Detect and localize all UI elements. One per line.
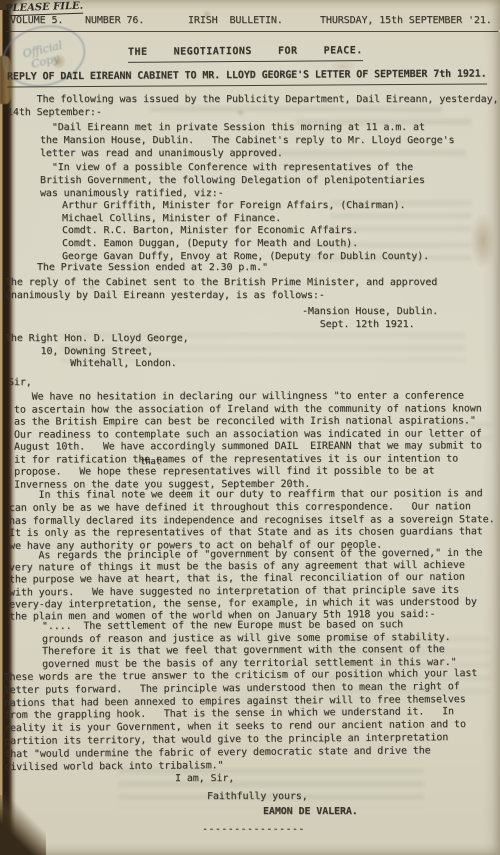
end-rule: ---------------- xyxy=(202,824,305,837)
subheadline: REPLY OF DAIL EIREANN CABINET TO MR. LLO… xyxy=(7,69,487,88)
salutation: Sir, xyxy=(8,377,32,390)
session-end-line: The Private Session ended at 2.30 p.m." xyxy=(37,262,268,275)
masthead-volume: VOLUME 5. xyxy=(10,15,63,28)
reply-note: The reply of the Cabinet sent to the Bri… xyxy=(5,276,437,302)
letter-paragraph-1: We have no hesitation in declaring our w… xyxy=(14,390,482,491)
recipient-address: The Right Hon. D. Lloyd George, 10, Down… xyxy=(5,333,189,371)
binding-corner-shadow xyxy=(0,795,46,855)
signature: EAMON DE VALERA. xyxy=(263,806,358,819)
letter-paragraph-4: These words are the true answer to the c… xyxy=(4,668,479,775)
closing-line-2: Faithfully yours, xyxy=(207,791,308,804)
letter-paragraph-3: As regards the principle of "government … xyxy=(9,548,483,624)
lloyd-george-quote: ".... The settlement of the new Europe m… xyxy=(42,619,457,672)
conference-quote: "In view of a possible Conference with r… xyxy=(40,161,425,200)
paper-stain xyxy=(470,212,496,270)
closing-line-1: I am, Sir, xyxy=(175,773,234,786)
inserted-word: that xyxy=(140,457,161,467)
masthead-date: THURSDAY, 15th SEPTEMBER '21. xyxy=(320,15,492,28)
document-page: Official Copy PLEASE FILE. VOLUME 5. NUM… xyxy=(0,0,500,855)
handwritten-note: PLEASE FILE. xyxy=(5,1,84,17)
masthead: VOLUME 5. NUMBER 76. IRISH BULLETIN. THU… xyxy=(6,15,498,32)
masthead-title: IRISH BULLETIN. xyxy=(188,15,283,28)
session-quote: "Dail Eireann met in private Session thi… xyxy=(40,121,454,160)
intro-paragraph: The following was issued by the Publicit… xyxy=(7,94,498,120)
masthead-number: NUMBER 76. xyxy=(85,15,144,28)
delegates-list: Arthur Griffith, Minister for Foreign Af… xyxy=(62,200,429,264)
headline: THE NEGOTIATIONS FOR PEACE. xyxy=(128,45,363,62)
sender-address: -Mansion House, Dublin. Sept. 12th 1921. xyxy=(302,305,438,331)
letter-paragraph-2: In this final note we deem it our duty t… xyxy=(9,488,495,554)
